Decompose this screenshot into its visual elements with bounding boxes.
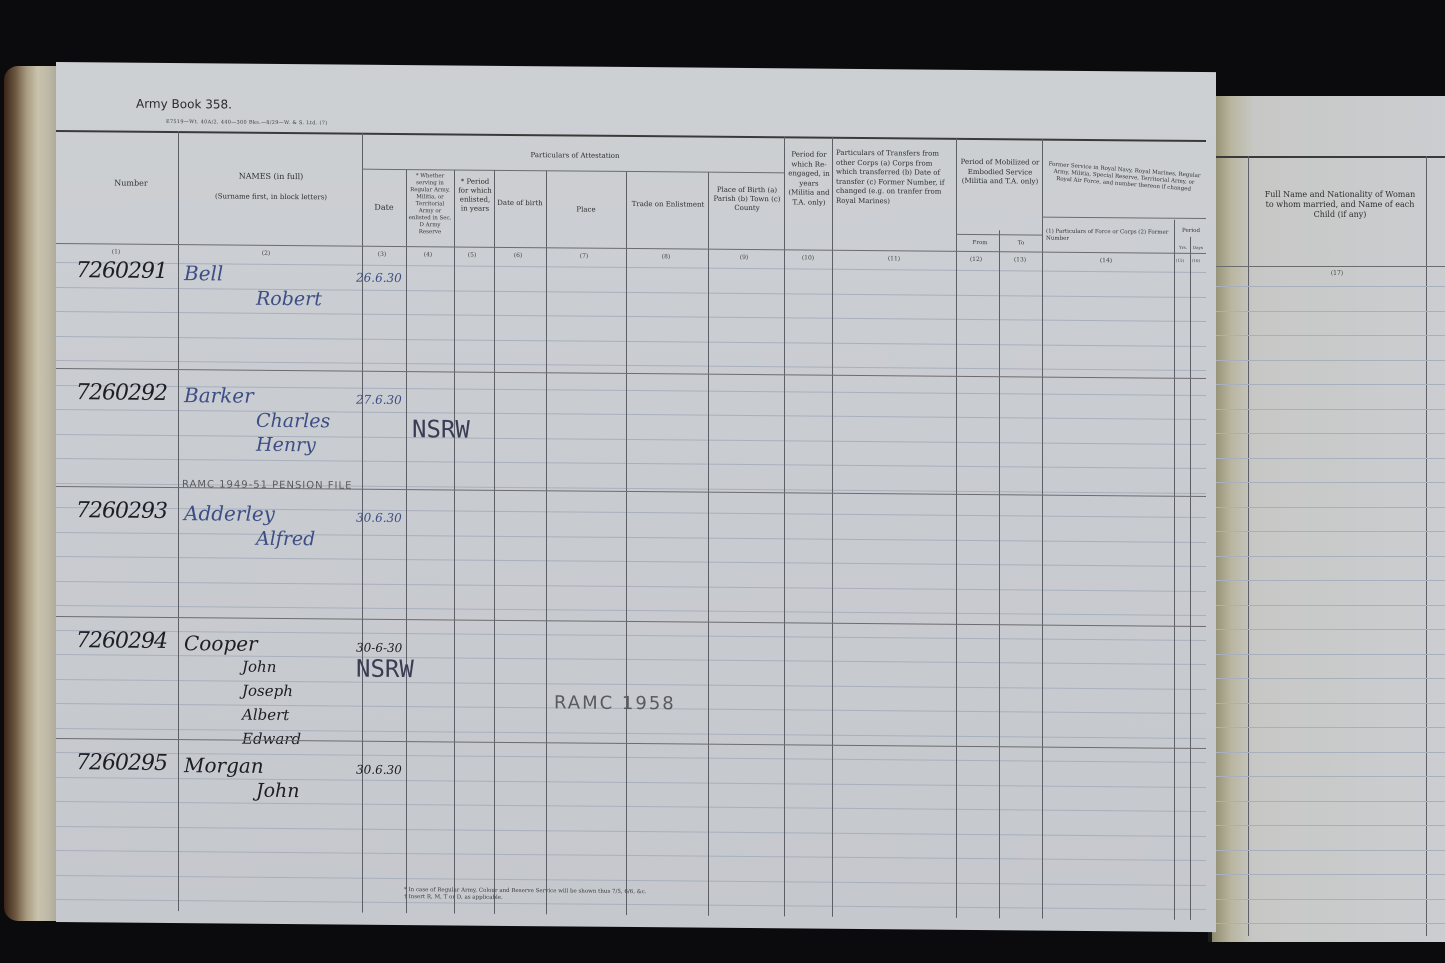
former-service-header: Former Service in Royal Navy, Royal Mari… bbox=[1045, 161, 1202, 194]
document-title: Army Book 358. bbox=[136, 97, 232, 112]
forename: John bbox=[256, 780, 300, 802]
ruled-line bbox=[1212, 874, 1445, 875]
register-entries: 7260291BellRobert26.6.307260292BarkerCha… bbox=[56, 62, 1216, 72]
place-header: Place bbox=[548, 204, 624, 215]
years-header: Yrs. bbox=[1176, 244, 1190, 251]
spouse-header: Full Name and Nationality of Woman to wh… bbox=[1262, 190, 1418, 220]
column-number: (17) bbox=[1312, 270, 1362, 277]
ruled-line bbox=[1212, 433, 1445, 434]
forename: Robert bbox=[256, 288, 322, 311]
former-particulars-header: (1) Particulars of Force or Corps (2) Fo… bbox=[1046, 229, 1172, 244]
ruled-line bbox=[1212, 605, 1445, 606]
names-header: NAMES (in full) bbox=[186, 171, 356, 182]
place-of-birth-header: Place of Birth (a) Parish (b) Town (c) C… bbox=[712, 186, 782, 214]
column-divider bbox=[1426, 156, 1427, 936]
former-service-rule bbox=[1042, 217, 1206, 219]
surname: Adderley bbox=[184, 501, 275, 526]
table-row: 7260294CooperJohnJosephAlbertEdward30-6-… bbox=[56, 622, 1206, 752]
ruled-line bbox=[1212, 801, 1445, 802]
ruled-line bbox=[1212, 286, 1445, 287]
attestation-header: Particulars of Attestation bbox=[366, 149, 784, 163]
surname: Barker bbox=[184, 383, 254, 408]
transfers-header: Particulars of Transfers from other Corp… bbox=[836, 149, 954, 207]
former-period-header: Period bbox=[1176, 228, 1206, 235]
ruled-line bbox=[1212, 727, 1445, 728]
table-row: 7260295MorganJohn30.6.30 bbox=[56, 744, 1206, 874]
forename: Joseph bbox=[242, 682, 293, 700]
date-header: Date bbox=[364, 203, 404, 213]
column-divider bbox=[1248, 156, 1249, 936]
forename: Alfred bbox=[256, 528, 315, 551]
attestation-date: 26.6.30 bbox=[356, 271, 402, 285]
ruled-lines bbox=[56, 62, 1216, 72]
surname: Cooper bbox=[184, 631, 258, 656]
service-number: 7260291 bbox=[76, 258, 167, 284]
attestation-date: 30.6.30 bbox=[356, 763, 402, 777]
nsrw-stamp: NSRW bbox=[356, 655, 414, 684]
mobilized-header: Period of Mobilized or Embodied Service … bbox=[960, 158, 1040, 187]
ruled-line bbox=[1212, 311, 1445, 312]
ruled-line bbox=[1212, 703, 1445, 704]
forename: Charles bbox=[256, 410, 330, 433]
ruled-line bbox=[1212, 678, 1445, 679]
number-header: Number bbox=[86, 178, 176, 189]
right-page: Full Name and Nationality of Woman to wh… bbox=[1212, 96, 1445, 942]
ruled-line bbox=[1212, 825, 1445, 826]
ruled-line bbox=[1212, 654, 1445, 655]
printer-imprint: E7519—Wt. 40A/2. 440—300 Bks.—8/29—W. & … bbox=[166, 119, 327, 126]
pencil-annotation: RAMC 1949-51 PENSION FILE bbox=[182, 479, 352, 491]
ruled-line bbox=[1212, 360, 1445, 361]
attestation-date: 30.6.30 bbox=[356, 511, 402, 525]
surname: Bell bbox=[184, 261, 223, 285]
ruled-line bbox=[1212, 923, 1445, 924]
forename: Albert bbox=[242, 706, 289, 724]
service-number: 7260292 bbox=[76, 380, 167, 406]
ruled-line bbox=[1212, 384, 1445, 385]
table-row: 7260291BellRobert26.6.30 bbox=[56, 252, 1206, 382]
book-page-edges bbox=[4, 66, 60, 921]
ruled-line bbox=[1212, 629, 1445, 630]
ruled-line bbox=[1212, 335, 1445, 336]
nsrw-stamp: NSRW bbox=[412, 415, 470, 444]
ruled-line bbox=[1212, 409, 1445, 410]
service-number: 7260293 bbox=[76, 498, 167, 524]
ruled-line bbox=[1212, 580, 1445, 581]
ruled-line bbox=[1212, 899, 1445, 900]
ruled-line bbox=[1212, 458, 1445, 459]
surname: Morgan bbox=[184, 753, 264, 778]
trade-header: Trade on Enlistment bbox=[630, 199, 706, 210]
period-enlisted-header: * Period for which enlisted, in years bbox=[456, 177, 494, 213]
table-row: 7260293AdderleyAlfred30.6.30RAMC 1949-51… bbox=[56, 492, 1206, 622]
header-bottom-rule bbox=[1212, 266, 1445, 267]
to-header: To bbox=[1002, 240, 1040, 247]
period-reengaged-header: Period for which Re-engaged, in years (M… bbox=[786, 150, 832, 207]
column-numbers: (1)(2)(3)(4)(5)(6)(7)(8)(9)(10)(11)(12)(… bbox=[56, 62, 1216, 72]
service-number: 7260295 bbox=[76, 750, 167, 776]
attestation-date: 30-6-30 bbox=[356, 641, 402, 655]
ledger-page: Army Book 358. E7519—Wt. 40A/2. 440—300 … bbox=[56, 62, 1216, 932]
header-top-rule bbox=[1212, 156, 1445, 158]
ruled-line bbox=[56, 875, 1206, 886]
forename: Henry bbox=[256, 434, 316, 457]
names-subheader: (Surname first, in block letters) bbox=[186, 191, 356, 202]
attestation-date: 27.6.30 bbox=[356, 393, 402, 407]
pencil-note: RAMC 1958 bbox=[554, 692, 676, 714]
days-header: Days bbox=[1191, 244, 1205, 251]
ruled-line bbox=[1212, 850, 1445, 851]
service-number: 7260294 bbox=[76, 628, 167, 654]
ruled-line bbox=[1212, 556, 1445, 557]
forename: John bbox=[242, 658, 276, 676]
from-header: From bbox=[962, 240, 998, 247]
whether-serving-header: * Whether serving in Regular Army, Milit… bbox=[408, 173, 452, 236]
ruled-line bbox=[1212, 776, 1445, 777]
ruled-line bbox=[1212, 482, 1445, 483]
header-top-rule bbox=[56, 130, 1206, 142]
ruled-line bbox=[1212, 752, 1445, 753]
ruled-line bbox=[1212, 531, 1445, 532]
ruled-line bbox=[1212, 507, 1445, 508]
date-of-birth-header: Date of birth bbox=[496, 198, 544, 208]
